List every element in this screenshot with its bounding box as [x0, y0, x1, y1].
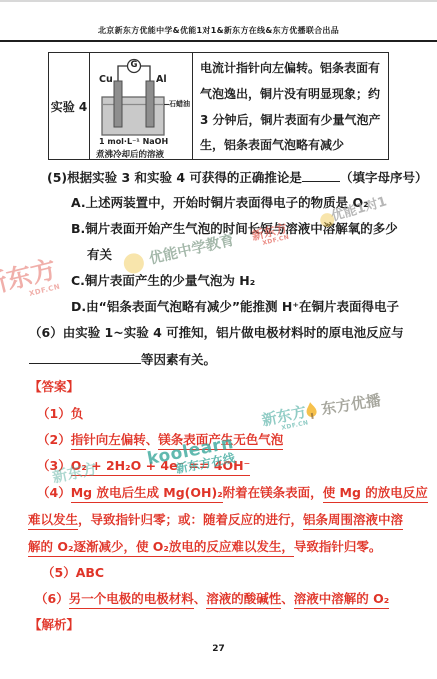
- page-top-edge: [0, 0, 437, 2]
- answer-section-label: 【答案】: [29, 379, 79, 394]
- answer-2: （2）指针向左偏转、镁条表面产生无色气泡: [37, 432, 283, 447]
- answer-1: （1）负: [37, 406, 83, 421]
- page-header: 北京新东方优能中学&优能1对1&新东方在线&东方优播联合出品: [0, 25, 437, 36]
- page-number: 27: [0, 644, 437, 654]
- question6-stem: （6）由实验 1~实验 4 可推知，铝片做电极材料时的原电池反应与: [29, 325, 404, 340]
- answer-6-prefix: （6）: [35, 591, 69, 606]
- watermark-youbo: 东方优播: [304, 389, 382, 422]
- galvanometer-label: G: [131, 60, 138, 70]
- answer-3-equation: O₂ + 2H₂O + 4e⁻ == 4OH⁻: [71, 458, 251, 476]
- aluminum-electrode: [146, 81, 154, 127]
- answer-4-line2: 难以发生，导致指针归零；或：随着反应的进行，铝条周围溶液中溶: [28, 512, 403, 527]
- answer-6-separator-1: 、: [194, 591, 207, 606]
- answer-4-underlined-3: 难以发生: [28, 512, 78, 530]
- watermark-xdf-teal: 新东方 XDF.CN: [260, 401, 309, 436]
- experiment-table: 实验 4 G Cu Al 石蜡油 1 mol·L⁻¹ NaOH 煮沸冷却后的溶液…: [48, 52, 389, 160]
- question5-stem: (5)根据实验 3 和实验 4 可获得的正确推论是（填字母序号）: [47, 169, 427, 185]
- question5-option-c: C.铜片表面产生的少量气泡为 H₂: [71, 273, 255, 288]
- question6-blank-line: 等因素有关。: [29, 351, 216, 367]
- answer-2-separator: 、: [146, 432, 159, 447]
- answer-2-prefix: （2）: [37, 432, 71, 447]
- watermark-circle-icon: [122, 251, 146, 275]
- answer-2-underlined-2: 镁条表面产生无色气泡: [158, 432, 283, 450]
- solution-note: 煮沸冷却后的溶液: [96, 148, 164, 160]
- answer-3-prefix: （3）: [37, 458, 71, 473]
- answer-4-plain-3: 导致指针归零。: [294, 539, 382, 554]
- experiment-observation: 电流计指针向左偏转。铝条表面有 气泡逸出，铜片没有明显现象；约 3 分钟后，铜片…: [193, 53, 388, 159]
- answer-4-underlined-4: 铝条周围溶液中溶: [303, 512, 403, 530]
- copper-electrode: [114, 81, 122, 127]
- answer-4-plain-1: 附着在镁条表面，: [223, 485, 323, 500]
- answer-6-underlined-2: 溶液的酸碱性: [206, 591, 281, 609]
- answer-4-plain-2: ，导致指针归零；或：随着反应的进行，: [78, 512, 303, 527]
- question5-stem-tail: （填字母序号）: [340, 170, 428, 185]
- left-electrode-label: Cu: [99, 74, 113, 85]
- question5-answer-blank: [302, 169, 340, 182]
- experiment-diagram: G Cu Al 石蜡油 1 mol·L⁻¹ NaOH 煮沸冷却后的溶液: [90, 53, 193, 159]
- document-page: 北京新东方优能中学&优能1对1&新东方在线&东方优播联合出品 实验 4 G Cu…: [0, 0, 437, 679]
- oil-label: 石蜡油: [169, 99, 190, 109]
- answer-4-underlined-5: 解的 O₂逐渐减少，使 O₂放电的反应难以发生，: [28, 539, 294, 557]
- right-electrode-label: Al: [156, 74, 167, 85]
- experiment-row-label: 实验 4: [49, 53, 90, 159]
- answer-6-underlined-3: 溶液中溶解的 O₂: [294, 591, 389, 609]
- answer-4-underlined-2: 使 Mg 的放电反应: [323, 485, 428, 503]
- answer-6-separator-2: 、: [281, 591, 294, 606]
- solution-label: 1 mol·L⁻¹ NaOH: [99, 137, 168, 146]
- question6-answer-blank: [29, 351, 141, 364]
- watermark-xdf-red-left: 新东方 XDF.CN: [0, 250, 61, 309]
- question5-stem-text: (5)根据实验 3 和实验 4 可获得的正确推论是: [47, 170, 302, 185]
- beaker: [102, 97, 164, 135]
- question5-option-b-continuation: 有关: [87, 247, 112, 262]
- answer-5: （5）ABC: [42, 565, 104, 580]
- flame-icon: [304, 401, 319, 421]
- header-rule: [0, 40, 437, 42]
- answer-6-underlined-1: 另一个电极的电极材料: [69, 591, 194, 609]
- answer-2-underlined-1: 指针向左偏转: [71, 432, 146, 450]
- answer-3: （3）O₂ + 2H₂O + 4e⁻ == 4OH⁻: [37, 458, 250, 473]
- analysis-section-label: 【解析】: [29, 617, 79, 632]
- answer-4-line3: 解的 O₂逐渐减少，使 O₂放电的反应难以发生，导致指针归零。: [28, 539, 381, 554]
- question5-option-a: A.上述两装置中，开始时铜片表面得电子的物质是 O₂: [71, 195, 369, 210]
- question5-option-b: B.铜片表面开始产生气泡的时间长短与溶液中溶解氧的多少: [71, 221, 398, 236]
- answer-6: （6）另一个电极的电极材料、溶液的酸碱性、溶液中溶解的 O₂: [35, 591, 389, 606]
- answer-4-prefix: （4）: [37, 485, 71, 500]
- answer-4-underlined-1: Mg 放电后生成 Mg(OH)₂: [71, 485, 223, 503]
- question5-option-d: D.由“铝条表面气泡略有减少”能推测 H⁺在铜片表面得电子: [71, 299, 399, 314]
- answer-4-line1: （4）Mg 放电后生成 Mg(OH)₂附着在镁条表面，使 Mg 的放电反应: [37, 485, 428, 500]
- question6-tail: 等因素有关。: [141, 352, 216, 367]
